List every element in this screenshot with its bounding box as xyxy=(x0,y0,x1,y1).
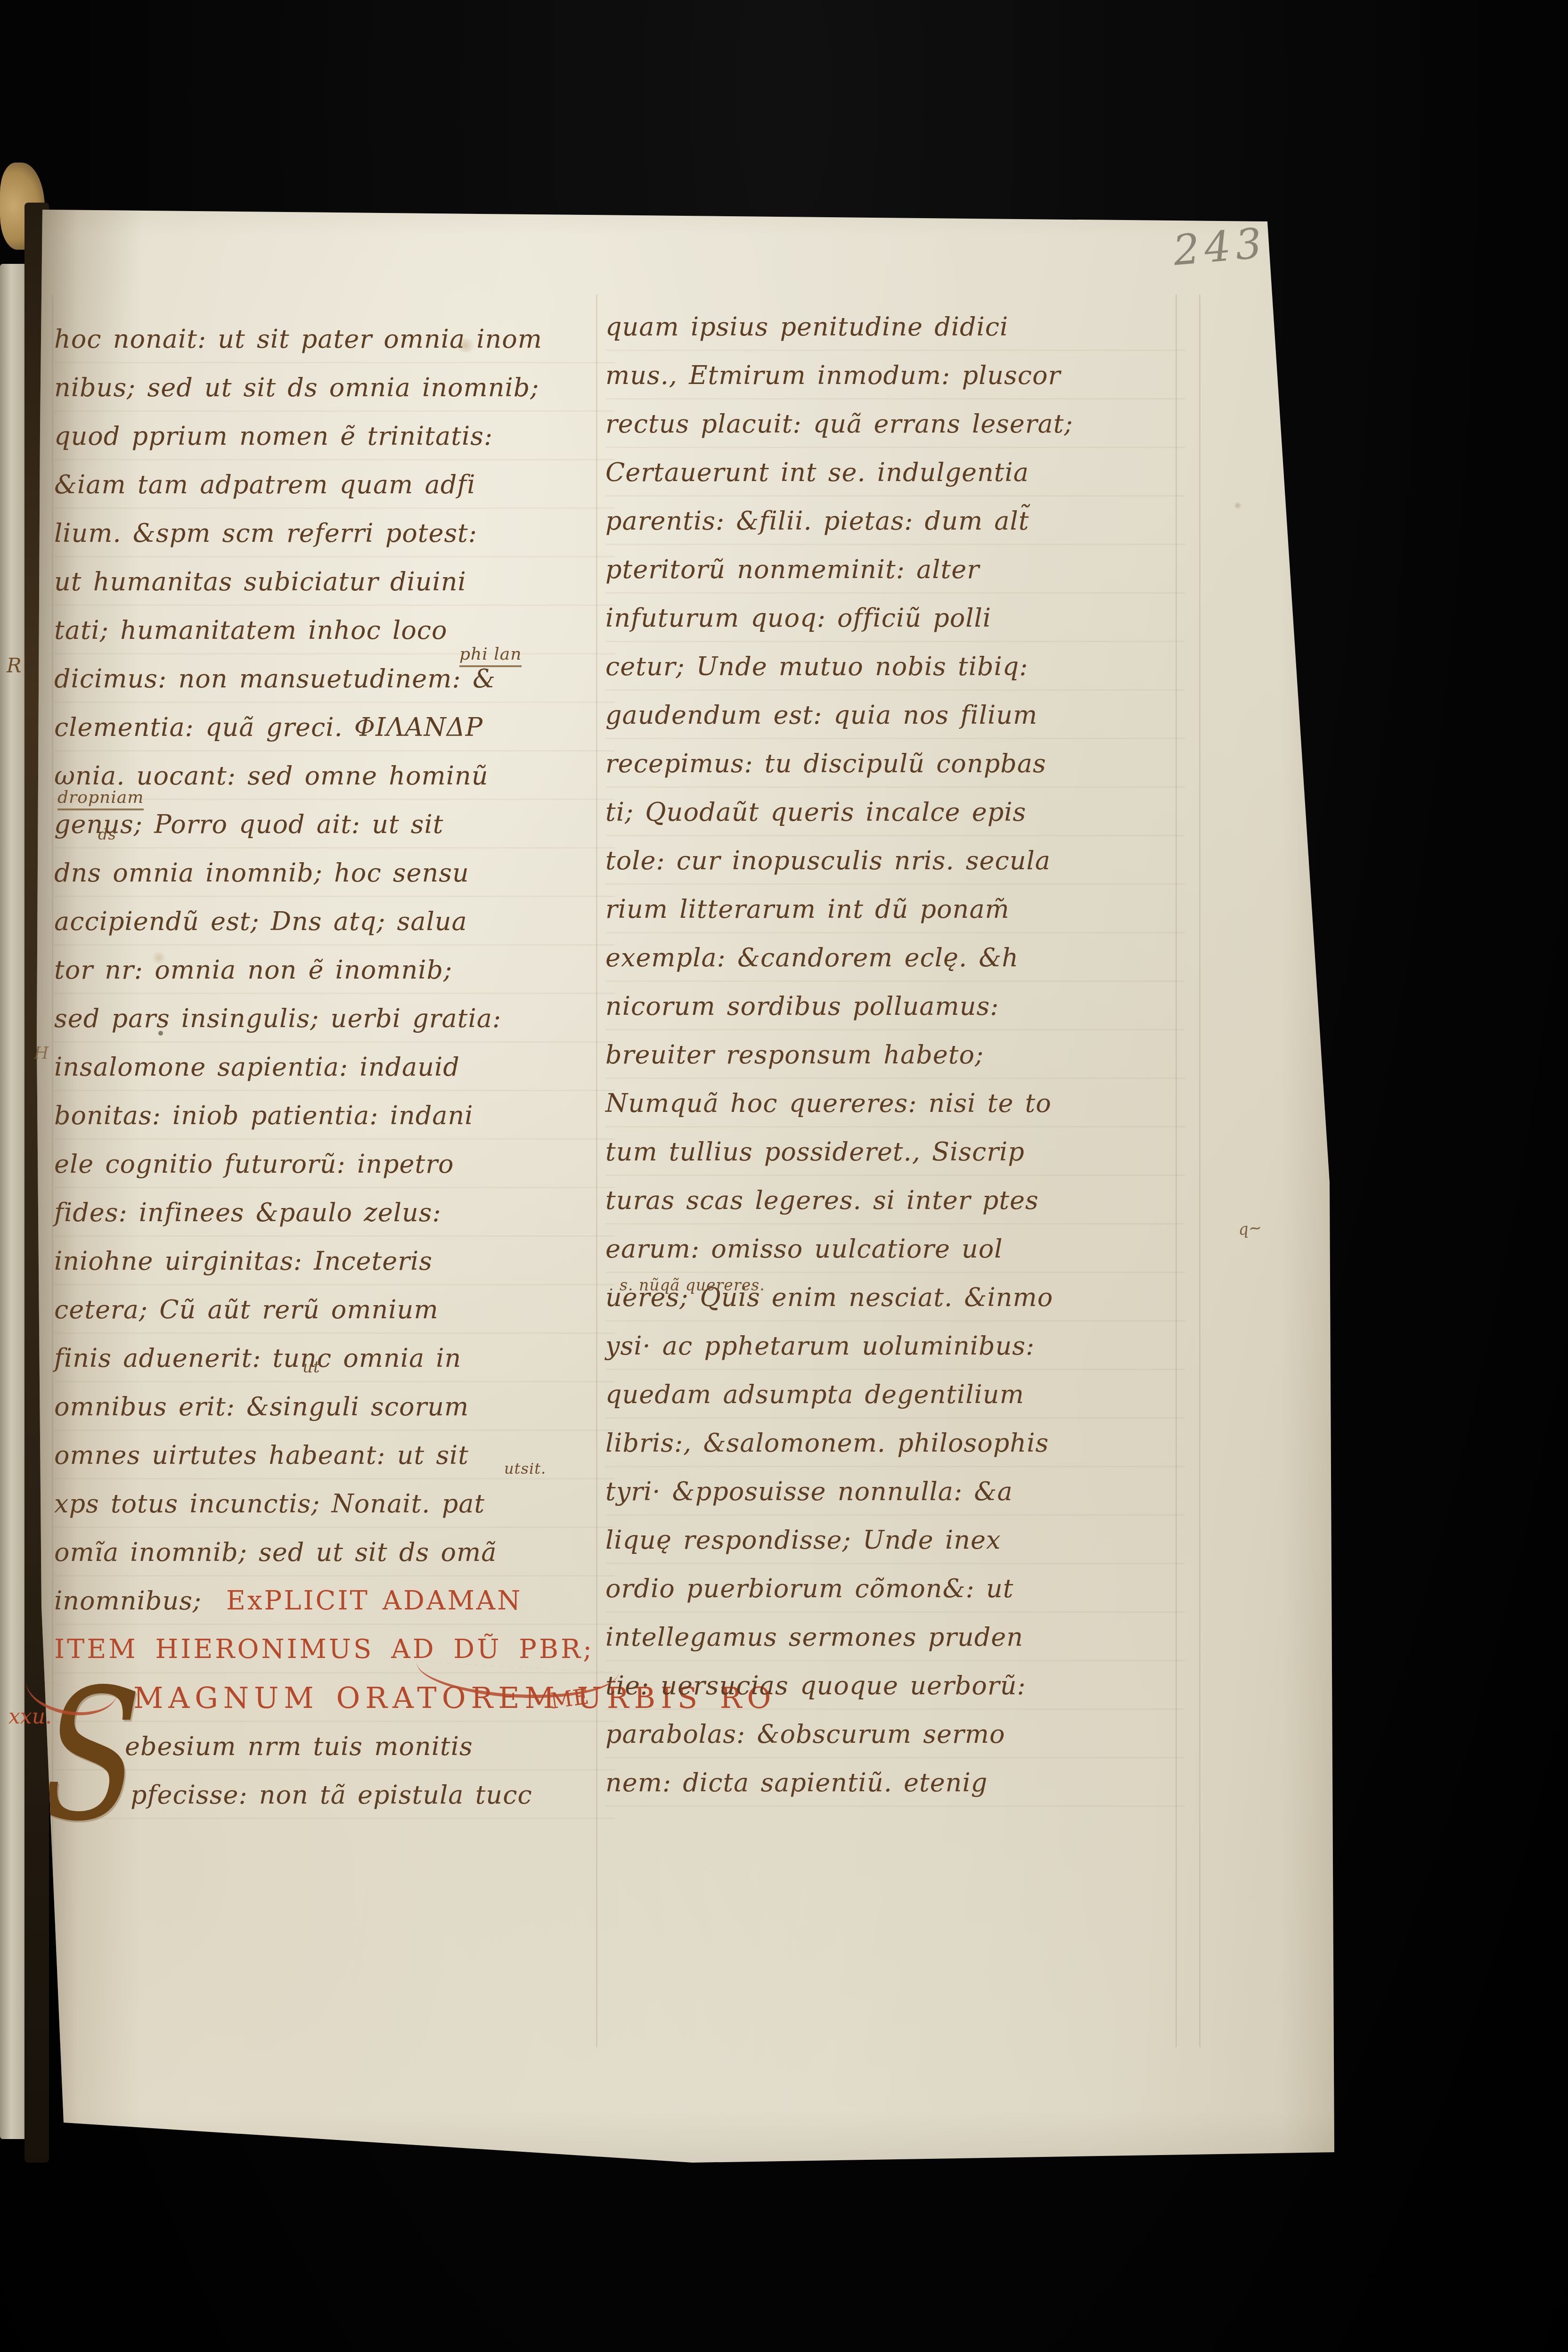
manuscript-text-line: quod pprium nomen ẽ trinitatis: xyxy=(54,412,615,460)
manuscript-text-line: xps totus incunctis; Nonait. pat xyxy=(54,1479,615,1528)
left-column-lines: hoc nonait: ut sit pater omnia inomnibus… xyxy=(54,315,615,1576)
gloss-ut: ut xyxy=(302,1358,320,1377)
manuscript-text-line: gaudendum est: quia nos filium xyxy=(605,691,1185,739)
manuscript-text-line: earum: omisso uulcatiore uol xyxy=(605,1225,1185,1273)
manuscript-text-line: tum tullius possideret., Siscrip xyxy=(605,1127,1185,1176)
manuscript-text-line: turas scas legeres. si inter ptes xyxy=(605,1176,1185,1225)
manuscript-text-line: Certauerunt int se. indulgentia xyxy=(605,448,1185,497)
manuscript-text-line: ele cognitio futurorũ: inpetro xyxy=(54,1140,615,1188)
gloss-dropniam: dropniam xyxy=(57,788,144,810)
manuscript-text-line: ti; Quodaũt queris incalce epis xyxy=(605,788,1185,836)
right-column-lines: quam ipsius penitudine didicimus., Etmir… xyxy=(605,302,1185,1807)
chapter-number-xxv: xxu. xyxy=(8,1705,52,1729)
manuscript-text-line: ysi· ac pphetarum uoluminibus: xyxy=(605,1322,1185,1370)
manuscript-text-line: quedam adsumpta degentilium xyxy=(605,1370,1185,1419)
manuscript-text-line: recepimus: tu discipulũ conpbas xyxy=(605,739,1185,788)
manuscript-text-line: finis aduenerit: tunc omnia in xyxy=(54,1334,615,1382)
right-margin-mark: q~ xyxy=(1237,1218,1263,1239)
manuscript-text-line: tati; humanitatem inhoc loco xyxy=(54,606,615,654)
manuscript-text-line: dns omnia inomnib; hoc sensu xyxy=(54,849,615,897)
explicit-line: inomnibus;ExPLICIT ADAMAN xyxy=(54,1576,615,1625)
manuscript-text-line: parabolas: &obscurum sermo xyxy=(605,1710,1185,1758)
right-text-column: quam ipsius penitudine didicimus., Etmir… xyxy=(605,302,1185,1807)
manuscript-text-line: iniohne uirginitas: Inceteris xyxy=(54,1237,615,1285)
manuscript-text-line: clementia: quã greci. ΦΙΛΑΝΔΡ xyxy=(54,703,615,751)
previous-page-edge xyxy=(0,264,27,2139)
gloss-phi-lan: phi lan xyxy=(459,645,522,667)
manuscript-text-line: tyri· &pposuisse nonnulla: &a xyxy=(605,1467,1185,1516)
manuscript-text-line: cetera; Cũ aũt rerũ omnium xyxy=(54,1285,615,1334)
gloss-ds: ds xyxy=(98,825,116,843)
ruling-line-right-outer xyxy=(1199,294,1200,2047)
manuscript-text-line: hoc nonait: ut sit pater omnia inom xyxy=(54,315,615,363)
gloss-scilicet-note: . s. nũqã quereres. xyxy=(609,1276,765,1294)
manuscript-text-line: bonitas: iniob patientia: indani xyxy=(54,1091,615,1140)
manuscript-photo: 243 hoc nonait: ut sit pater omnia inomn… xyxy=(0,0,1568,2352)
manuscript-text-line: dicimus: non mansuetudinem: & xyxy=(54,654,615,703)
manuscript-text-line: ut humanitas subiciatur diuini xyxy=(54,557,615,606)
manuscript-text-line: fides: infinees &paulo zelus: xyxy=(54,1188,615,1237)
manuscript-text-line: ordio puerbiorum cõmon&: ut xyxy=(605,1564,1185,1613)
manuscript-text-line: exempla: &candorem eclę. &h xyxy=(605,933,1185,982)
manuscript-text-line: quam ipsius penitudine didici xyxy=(605,302,1185,351)
manuscript-text-line: nicorum sordibus polluamus: xyxy=(605,982,1185,1030)
manuscript-text-line: libris:, &salomonem. philosophis xyxy=(605,1419,1185,1467)
explicit-rubric-text: ExPLICIT ADAMAN xyxy=(226,1585,522,1616)
gloss-ut-sit: utsit. xyxy=(504,1460,546,1478)
gutter-letter-r: R xyxy=(7,654,22,677)
manuscript-text-line: omnibus erit: &singuli scorum xyxy=(54,1382,615,1431)
manuscript-text-line: tor nr: omnia non ẽ inomnib; xyxy=(54,946,615,994)
manuscript-text-line: lium. &spm scm referri potest: xyxy=(54,509,615,557)
manuscript-text-line: insalomone sapientia: indauid xyxy=(54,1043,615,1091)
manuscript-text-line: tie: uersucias quoque uerborũ: xyxy=(605,1661,1185,1710)
manuscript-text-line: omĩa inomnib; sed ut sit ds omã xyxy=(54,1528,615,1576)
manuscript-text-line: infuturum quoq: officiũ polli xyxy=(605,594,1185,642)
manuscript-text-line: intellegamus sermones pruden xyxy=(605,1613,1185,1661)
manuscript-text-line: accipiendũ est; Dns atq; salua xyxy=(54,897,615,946)
manuscript-text-line: parentis: &filii. pietas: dum alt̃ xyxy=(605,497,1185,545)
stain-spot xyxy=(1233,502,1242,509)
folio-number-pencil: 243 xyxy=(1171,219,1268,275)
explicit-line-prefix: inomnibus; xyxy=(54,1586,202,1616)
manuscript-text-line: rectus placuit: quã errans leserat; xyxy=(605,400,1185,448)
manuscript-text-line: rium litterarum int dũ ponam̃ xyxy=(605,885,1185,933)
manuscript-text-line: sed pars insingulis; uerbi gratia: xyxy=(54,994,615,1043)
manuscript-text-line: breuiter responsum habeto; xyxy=(605,1030,1185,1079)
manuscript-text-line: nem: dicta sapientiũ. etenig xyxy=(605,1758,1185,1807)
manuscript-text-line: pteritorũ nonmeminit: alter xyxy=(605,545,1185,594)
manuscript-text-line: &iam tam adpatrem quam adfi xyxy=(54,460,615,509)
gutter-letter-h: H xyxy=(34,1044,49,1063)
manuscript-text-line: mus., Etmirum inmodum: pluscor xyxy=(605,351,1185,400)
manuscript-text-line: liquę respondisse; Unde inex xyxy=(605,1516,1185,1564)
manuscript-text-line: Numquã hoc quereres: nisi te to xyxy=(605,1079,1185,1127)
manuscript-text-line: nibus; sed ut sit ds omnia inomnib; xyxy=(54,363,615,412)
parchment-page: 243 hoc nonait: ut sit pater omnia inomn… xyxy=(33,193,1352,2177)
left-text-column: hoc nonait: ut sit pater omnia inomnibus… xyxy=(54,315,615,1819)
manuscript-text-line: tole: cur inopusculis nris. secula xyxy=(605,836,1185,885)
manuscript-text-line: cetur; Unde mutuo nobis tibiq: xyxy=(605,642,1185,691)
